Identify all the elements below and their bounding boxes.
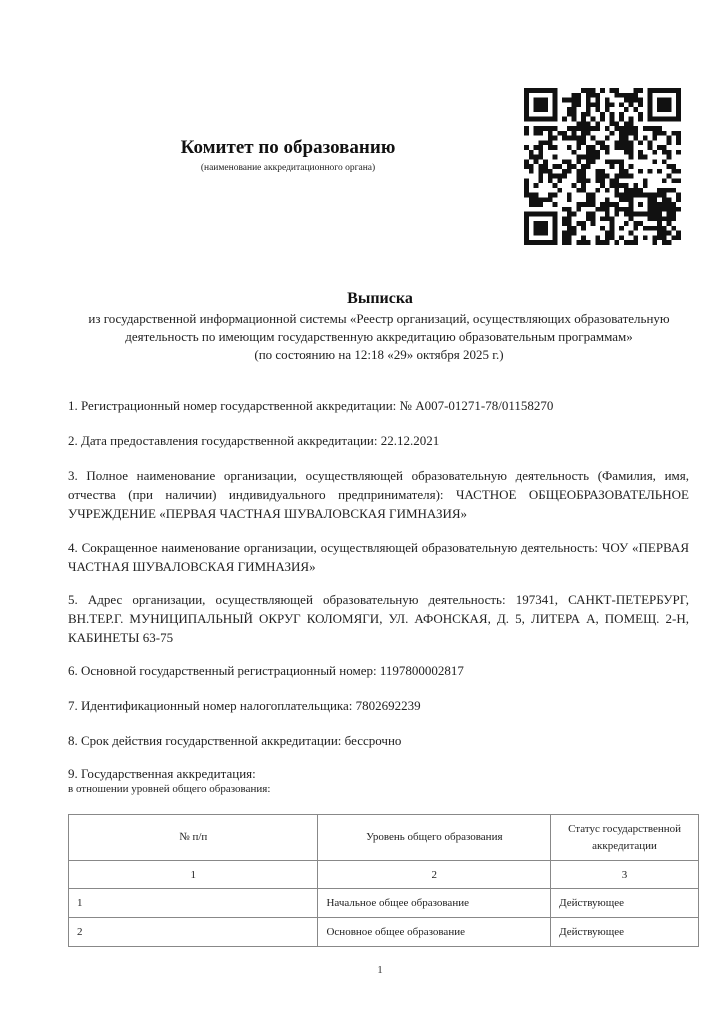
item-accreditation: 9. Государственная аккредитация: <box>68 764 689 783</box>
header-cell-number: № п/п <box>69 815 318 861</box>
document-title: Выписка <box>0 290 724 308</box>
item-inn: 7. Идентификационный номер налогоплатель… <box>68 696 689 715</box>
row-number-cell: 1 <box>69 889 318 918</box>
row-level-cell: Начальное общее образование <box>318 889 551 918</box>
item-accreditation-date: 2. Дата предоставления государственной а… <box>68 431 689 450</box>
item-short-name: 4. Сокращенное наименование организации,… <box>68 538 689 576</box>
item-full-name: 3. Полное наименование организации, осущ… <box>68 466 689 523</box>
table-row: 2 Основное общее образование Действующее <box>69 918 699 947</box>
column-number-cell: 3 <box>551 861 699 889</box>
document-subtitle: из государственной информационной систем… <box>68 310 690 364</box>
subtitle-line-1: из государственной информационной систем… <box>68 310 690 328</box>
authority-caption: (наименование аккредитационного органа) <box>160 163 416 173</box>
table-row: 1 Начальное общее образование Действующе… <box>69 889 699 918</box>
qr-code-icon <box>524 88 681 245</box>
row-status-cell: Действующее <box>551 918 699 947</box>
column-number-cell: 1 <box>69 861 318 889</box>
row-status-cell: Действующее <box>551 889 699 918</box>
row-number-cell: 2 <box>69 918 318 947</box>
page-number: 1 <box>0 964 724 976</box>
item-address: 5. Адрес организации, осуществляющей обр… <box>68 590 689 647</box>
header-cell-status: Статус государственной аккредитации <box>551 815 699 861</box>
header-cell-level: Уровень общего образования <box>318 815 551 861</box>
accreditation-caption: в отношении уровней общего образования: <box>68 783 270 795</box>
item-registration-number: 1. Регистрационный номер государственной… <box>68 396 689 415</box>
item-ogrn: 6. Основной государственный регистрацион… <box>68 661 689 680</box>
authority-name: Комитет по образованию <box>160 137 416 159</box>
row-level-cell: Основное общее образование <box>318 918 551 947</box>
item-validity: 8. Срок действия государственной аккреди… <box>68 731 689 750</box>
column-number-cell: 2 <box>318 861 551 889</box>
table-column-numbers-row: 1 2 3 <box>69 861 699 889</box>
table-header-row: № п/п Уровень общего образования Статус … <box>69 815 699 861</box>
as-of-date: (по состоянию на 12:18 «29» октября 2025… <box>68 346 690 364</box>
subtitle-line-2: деятельность по имеющим государственную … <box>68 328 690 346</box>
accreditation-table: № п/п Уровень общего образования Статус … <box>68 814 699 947</box>
